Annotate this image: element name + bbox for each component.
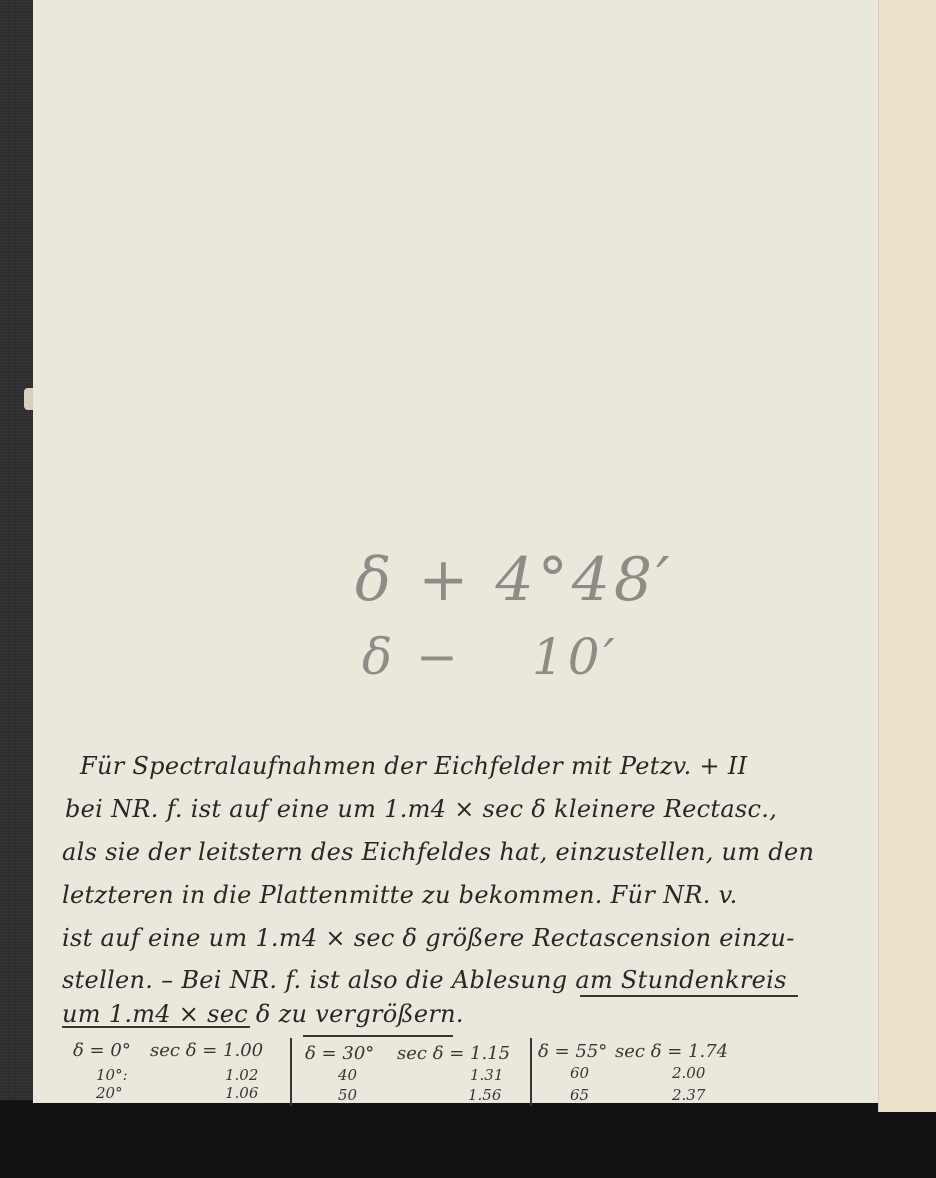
underline-ablesung <box>580 995 798 997</box>
underline-um-sec <box>62 1026 250 1028</box>
table-header-sec: sec δ = 1.74 <box>615 1041 728 1062</box>
table-header-delta: δ = 30° <box>305 1043 374 1064</box>
table-divider <box>530 1038 532 1106</box>
pencil-note-line-1: δ + 4°48′ <box>355 545 674 615</box>
table-header-delta: δ = 55° <box>538 1041 607 1062</box>
table-divider <box>290 1038 292 1106</box>
paragraph-line: bei NR. f. ist auf eine um 1.m4 × sec δ … <box>65 795 777 823</box>
table-cell-sec: 1.56 <box>468 1086 501 1104</box>
paragraph-line: stellen. – Bei NR. f. ist also die Ables… <box>62 966 787 994</box>
table-cell-delta: 40 <box>338 1066 357 1084</box>
table-cell-delta: 10°: <box>96 1066 128 1084</box>
table-cell-delta: 50 <box>338 1086 357 1104</box>
binding-notch <box>24 388 33 410</box>
paragraph-line: letzteren in die Plattenmitte zu bekomme… <box>62 881 738 909</box>
table-cell-delta: 60 <box>570 1064 589 1082</box>
paragraph-line: Für Spectralaufnahmen der Eichfelder mit… <box>80 752 747 780</box>
pencil-note-line-2: δ −10′ <box>362 628 619 686</box>
table-header-sec: sec δ = 1.15 <box>397 1043 510 1064</box>
paragraph-line: um 1.m4 × sec δ zu vergrößern. <box>62 1000 464 1028</box>
table-cell-sec: 2.37 <box>672 1086 705 1104</box>
table-header-sec: sec δ = 1.00 <box>150 1040 263 1061</box>
pencil-note-value: 10′ <box>532 628 619 686</box>
scanned-page: δ + 4°48′ δ −10′ Für Spectralaufnahmen d… <box>0 0 936 1178</box>
page-edge <box>878 0 936 1112</box>
pencil-note-symbol: δ − <box>362 628 462 686</box>
table-cell-delta: 20° <box>96 1084 123 1102</box>
table-header-delta: δ = 0° <box>73 1040 131 1061</box>
table-cell-delta: 65 <box>570 1086 589 1104</box>
table-cell-sec: 1.02 <box>225 1066 258 1084</box>
paragraph-line: ist auf eine um 1.m4 × sec δ größere Rec… <box>62 924 795 952</box>
underline-vergroessern <box>303 1035 453 1037</box>
table-cell-sec: 1.06 <box>225 1084 258 1102</box>
table-cell-sec: 1.31 <box>470 1066 503 1084</box>
book-binding <box>0 0 33 1100</box>
paragraph-line: als sie der leitstern des Eichfeldes hat… <box>62 838 814 866</box>
table-cell-sec: 2.00 <box>672 1064 705 1082</box>
